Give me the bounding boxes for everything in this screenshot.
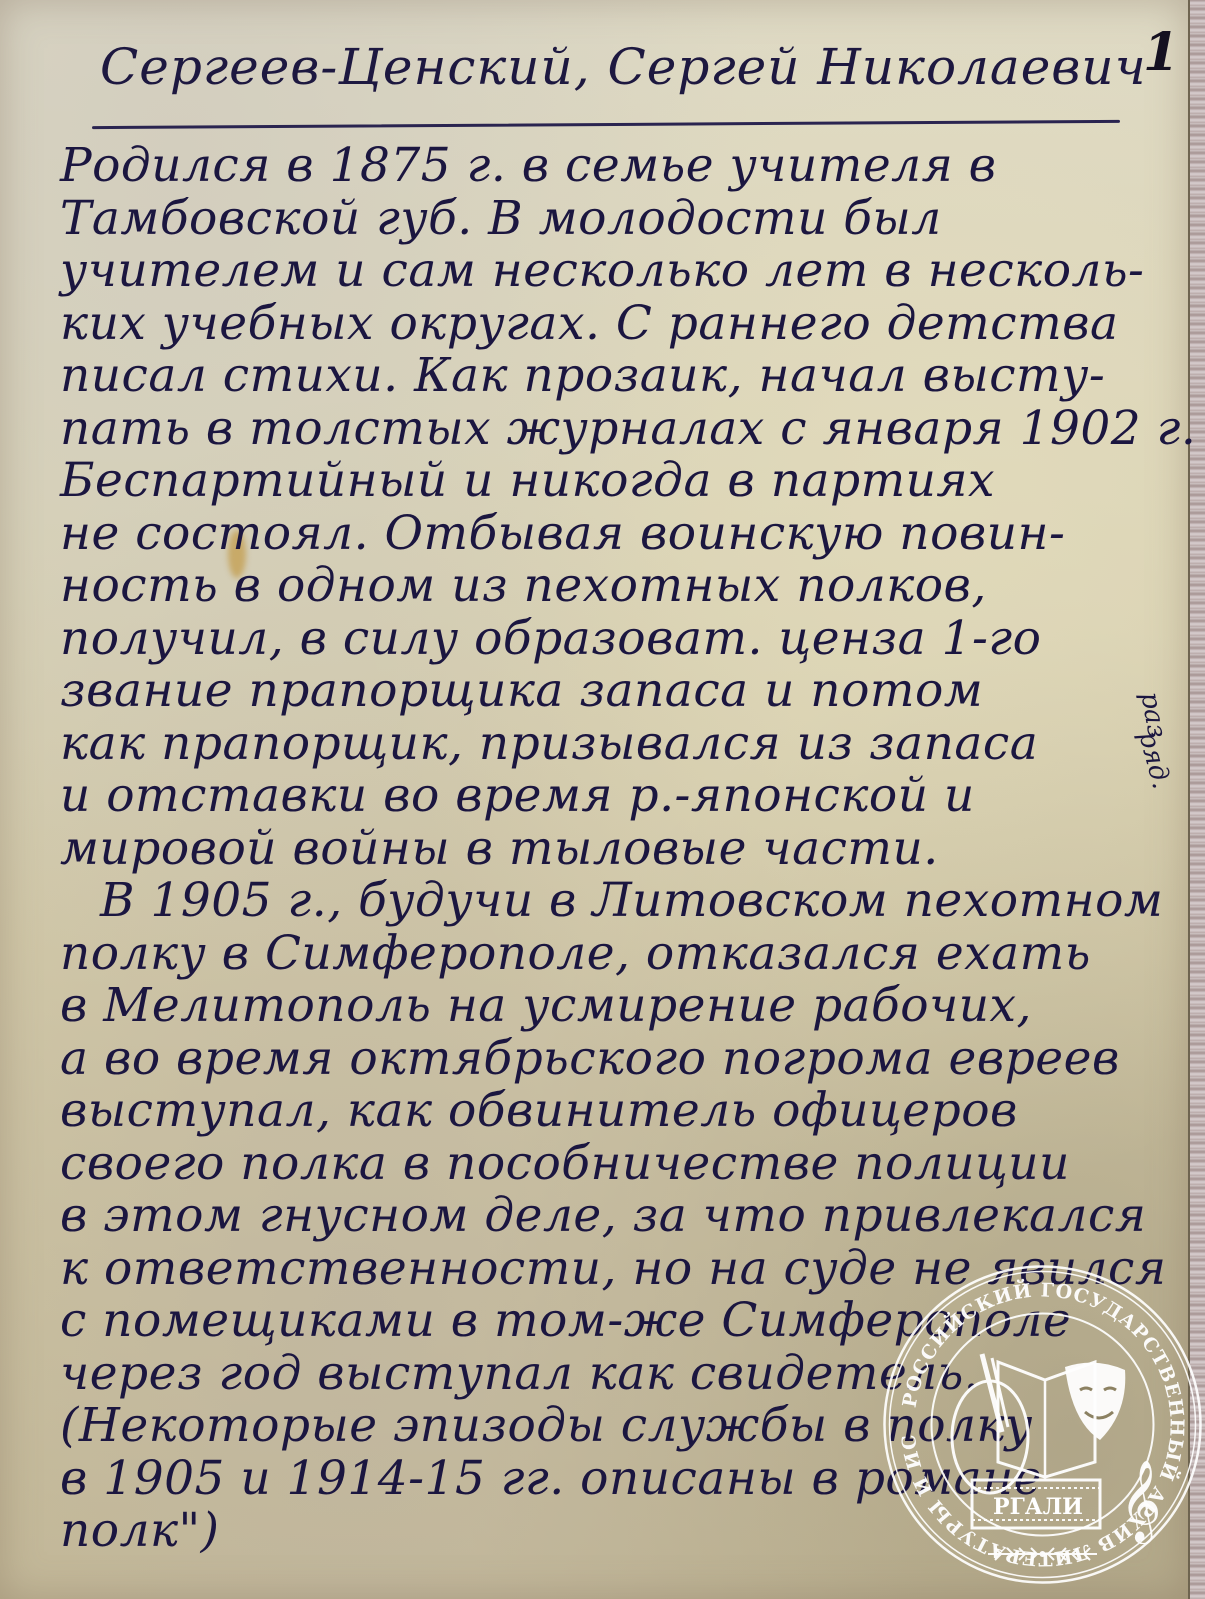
text-line: не состоял. Отбывая воинскую повин- (60, 508, 1150, 561)
text-line: мировой войны в тыловые части. (60, 823, 1150, 876)
rgali-archive-stamp: РОССИЙСКИЙ ГОСУДАРСТВЕННЫЙ АРХИВ ЛИТЕРАТ… (880, 1262, 1205, 1587)
document-title: Сергеев-Ценский, Сергей Николаевич (100, 38, 1147, 96)
text-line: пать в толстых журналах с января 1902 г. (60, 403, 1150, 456)
text-line: и отставки во время р.-японской и (60, 770, 1150, 823)
text-line: своего полка в пособничестве полиции (60, 1138, 1150, 1191)
text-line: звание прапорщика запаса и потом (60, 665, 1150, 718)
text-line: выступал, как обвинитель офицеров (60, 1085, 1150, 1138)
treble-clef-icon: 𝄞 (1120, 1459, 1161, 1544)
text-line: Родился в 1875 г. в семье учителя в (60, 140, 1150, 193)
title-underline (92, 120, 1120, 129)
page-number: 1 (1143, 22, 1179, 83)
text-line: ность в одном из пехотных полков, (60, 560, 1150, 613)
text-line: ких учебных округах. С раннего детства (60, 298, 1150, 351)
text-line: учителем и сам несколько лет в несколь- (60, 245, 1150, 298)
text-line: Беспартийный и никогда в партиях (60, 455, 1150, 508)
text-line: писал стихи. Как прозаик, начал высту- (60, 350, 1150, 403)
stamp-abbreviation: РГАЛИ (993, 1494, 1083, 1520)
text-line: В 1905 г., будучи в Литовском пехотном (60, 875, 1150, 928)
text-line: полку в Симферополе, отказался ехать (60, 928, 1150, 981)
text-line: в этом гнусном деле, за что привлекался (60, 1190, 1150, 1243)
text-line: а во время октябрьского погрома евреев (60, 1033, 1150, 1086)
palette-icon (952, 1354, 1028, 1493)
text-line: в Мелитополь на усмирение рабочих, (60, 980, 1150, 1033)
text-line: получил, в силу образоват. ценза 1-го (60, 613, 1150, 666)
text-line: как прапорщик, призывался из запаса (60, 718, 1150, 771)
text-line: Тамбовской губ. В молодости был (60, 193, 1150, 246)
